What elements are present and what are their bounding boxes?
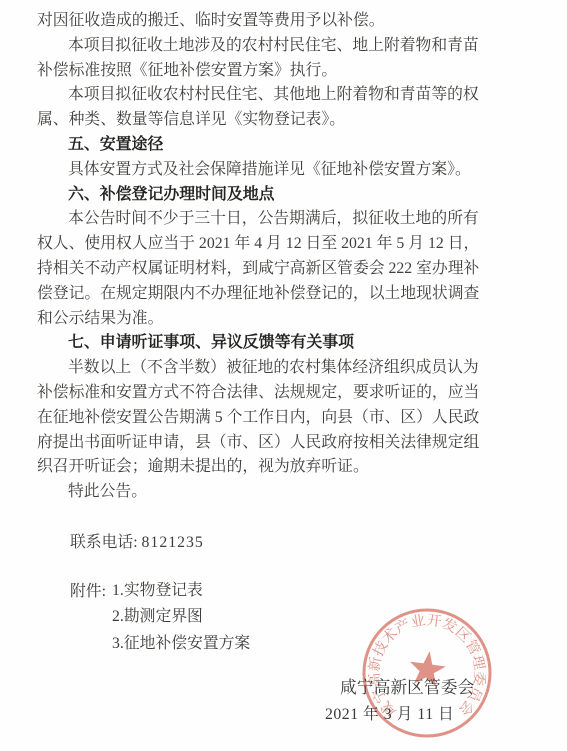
attachment-item: 1.实物登记表 [112, 578, 250, 604]
body-line: 本公告时间不少于三十日，公告期满后，拟征收土地的所有 [37, 207, 537, 232]
body-line: 补偿标准和安置方式不符合法律、法规规定，要求听证的，应当 [37, 381, 537, 406]
body-line: 本项目拟征收土地涉及的农村村民住宅、地上附着物和青苗 [37, 34, 537, 59]
body-text-block: 对因征收造成的搬迁、临时安置等费用予以补偿。 本项目拟征收土地涉及的农村村民住宅… [37, 9, 537, 505]
body-line: 对因征收造成的搬迁、临时安置等费用予以补偿。 [37, 9, 537, 34]
section-heading-6: 六、补偿登记办理时间及地点 [37, 183, 537, 208]
contact-phone: 联系电话: 8121235 [70, 529, 204, 552]
body-line: 属、种类、数量等信息详见《实物登记表》。 [37, 108, 537, 133]
section-heading-7: 七、申请听证事项、异议反馈等有关事项 [37, 331, 537, 356]
body-line: 织召开听证会；逾期未提出的，视为放弃听证。 [37, 455, 537, 480]
attachment-item: 2.勘测定界图 [112, 604, 250, 630]
body-line: 具体安置方式及社会保障措施详见《征地补偿安置方案》。 [37, 158, 537, 183]
body-line: 府提出书面听证申请，县（市、区）人民政府按相关法律规定组 [37, 431, 537, 456]
contact-phone-label: 联系电话: [70, 534, 138, 551]
section-heading-5: 五、安置途径 [37, 133, 537, 158]
document-page: 对因征收造成的搬迁、临时安置等费用予以补偿。 本项目拟征收土地涉及的农村村民住宅… [0, 0, 567, 751]
body-line: 持相关不动产权属证明材料，到咸宁高新区管委会 222 室办理补 [37, 257, 537, 282]
attachment-item: 3.征地补偿安置方案 [112, 631, 250, 657]
body-line: 权人、使用权人应当于 2021 年 4 月 12 日至 2021 年 5 月 1… [37, 232, 537, 257]
attachments-list: 1.实物登记表 2.勘测定界图 3.征地补偿安置方案 [112, 578, 250, 657]
contact-phone-number: 8121235 [142, 534, 204, 551]
attachments-label: 附件: [70, 578, 106, 601]
body-line: 半数以上（不含半数）被征地的农村集体经济组织成员认为 [37, 356, 537, 381]
body-line: 补偿标准按照《征地补偿安置方案》执行。 [37, 59, 537, 84]
signature-date: 2021 年 3 月 11 日 [325, 701, 454, 724]
closing-line: 特此公告。 [37, 480, 537, 505]
body-line: 和公示结果为准。 [37, 307, 537, 332]
signature-org: 咸宁高新区管委会 [340, 674, 474, 698]
body-line: 在征地补偿安置公告期满 5 个工作日内，向县（市、区）人民政 [37, 406, 537, 431]
body-line: 本项目拟征收农村村民住宅、其他地上附着物和青苗等的权 [37, 83, 537, 108]
official-seal: 咸宁高新技术产业开发区管理委员会 [352, 598, 502, 748]
body-line: 偿登记。在规定期限内不办理征地补偿登记的，以土地现状调查 [37, 282, 537, 307]
